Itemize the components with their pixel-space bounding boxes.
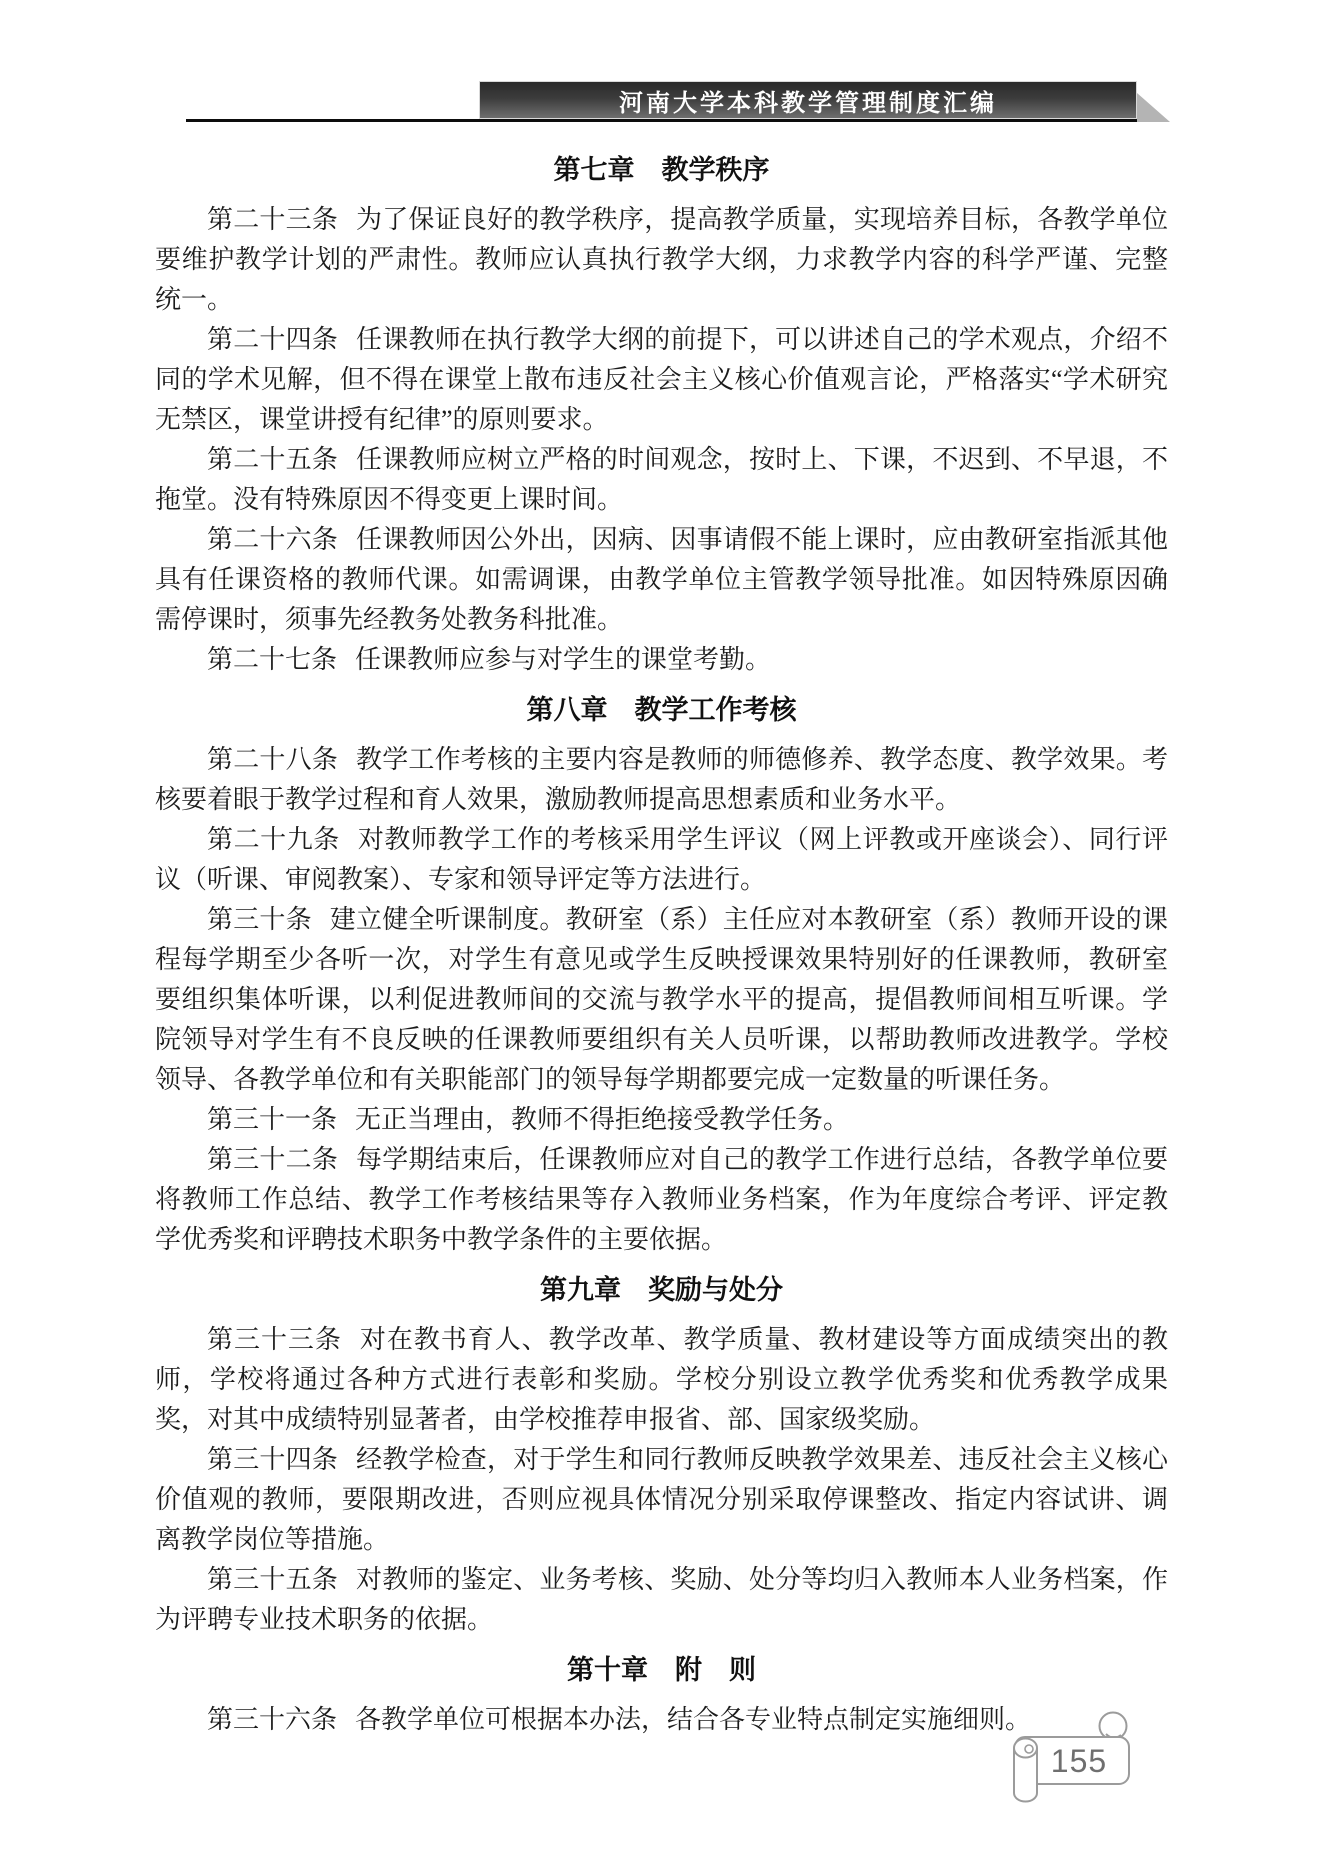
article-number: 第三十六条 [207, 1705, 337, 1734]
header-title: 河南大学本科教学管理制度汇编 [619, 83, 997, 118]
article-number: 第二十七条 [207, 645, 337, 674]
document-body: 第七章 教学秩序 第二十三条为了保证良好的教学秩序，提高教学质量，实现培养目标，… [155, 140, 1168, 1740]
banner-corner-shadow-icon [1137, 93, 1170, 122]
article-number: 第二十三条 [207, 205, 338, 234]
header-rule [186, 119, 1141, 122]
article-number: 第二十九条 [207, 825, 340, 854]
article-paragraph: 第三十四条经教学检查，对于学生和同行教师反映教学效果差、违反社会主义核心价值观的… [155, 1440, 1168, 1560]
article-paragraph: 第三十条建立健全听课制度。教研室（系）主任应对本教研室（系）教师开设的课程每学期… [155, 900, 1168, 1100]
article-text: 无正当理由，教师不得拒绝接受教学任务。 [355, 1105, 849, 1134]
chapter-heading: 第十章 附 则 [155, 1650, 1168, 1690]
article-paragraph: 第二十八条教学工作考核的主要内容是教师的师德修养、教学态度、教学效果。考核要着眼… [155, 740, 1168, 820]
article-number: 第三十一条 [207, 1105, 337, 1134]
chapter-heading: 第七章 教学秩序 [155, 150, 1168, 190]
chapter-heading: 第八章 教学工作考核 [155, 690, 1168, 730]
article-text: 各教学单位可根据本办法，结合各专业特点制定实施细则。 [355, 1705, 1031, 1734]
article-paragraph: 第二十四条任课教师在执行教学大纲的前提下，可以讲述自己的学术观点，介绍不同的学术… [155, 320, 1168, 440]
article-number: 第三十四条 [207, 1445, 338, 1474]
article-paragraph: 第三十一条无正当理由，教师不得拒绝接受教学任务。 [155, 1100, 1168, 1140]
article-paragraph: 第三十五条对教师的鉴定、业务考核、奖励、处分等均归入教师本人业务档案，作为评聘专… [155, 1560, 1168, 1640]
article-paragraph: 第三十二条每学期结束后，任课教师应对自己的教学工作进行总结，各教学单位要将教师工… [155, 1140, 1168, 1260]
article-number: 第二十四条 [207, 325, 338, 354]
article-paragraph: 第三十三条对在教书育人、教学改革、教学质量、教材建设等方面成绩突出的教师，学校将… [155, 1320, 1168, 1440]
article-number: 第三十条 [207, 905, 312, 934]
article-text: 任课教师应参与对学生的课堂考勤。 [355, 645, 771, 674]
article-paragraph: 第二十九条对教师教学工作的考核采用学生评议（网上评教或开座谈会）、同行评议（听课… [155, 820, 1168, 900]
document-page: 河南大学本科教学管理制度汇编 第七章 教学秩序 第二十三条为了保证良好的教学秩序… [0, 0, 1323, 1871]
article-paragraph: 第二十五条任课教师应树立严格的时间观念，按时上、下课，不迟到、不早退，不拖堂。没… [155, 440, 1168, 520]
page-number: 155 [1051, 1743, 1107, 1779]
header-title-banner: 河南大学本科教学管理制度汇编 [479, 81, 1137, 119]
article-number: 第三十三条 [207, 1325, 342, 1354]
article-number: 第三十二条 [207, 1145, 338, 1174]
chapter-heading: 第九章 奖励与处分 [155, 1270, 1168, 1310]
article-number: 第二十八条 [207, 745, 338, 774]
article-paragraph: 第二十三条为了保证良好的教学秩序，提高教学质量，实现培养目标，各教学单位要维护教… [155, 200, 1168, 320]
page-scroll-icon: 155 [1003, 1706, 1133, 1810]
article-number: 第二十六条 [207, 525, 338, 554]
article-paragraph: 第二十六条任课教师因公外出，因病、因事请假不能上课时，应由教研室指派其他具有任课… [155, 520, 1168, 640]
article-number: 第三十五条 [207, 1565, 338, 1594]
article-number: 第二十五条 [207, 445, 338, 474]
article-paragraph: 第二十七条任课教师应参与对学生的课堂考勤。 [155, 640, 1168, 680]
